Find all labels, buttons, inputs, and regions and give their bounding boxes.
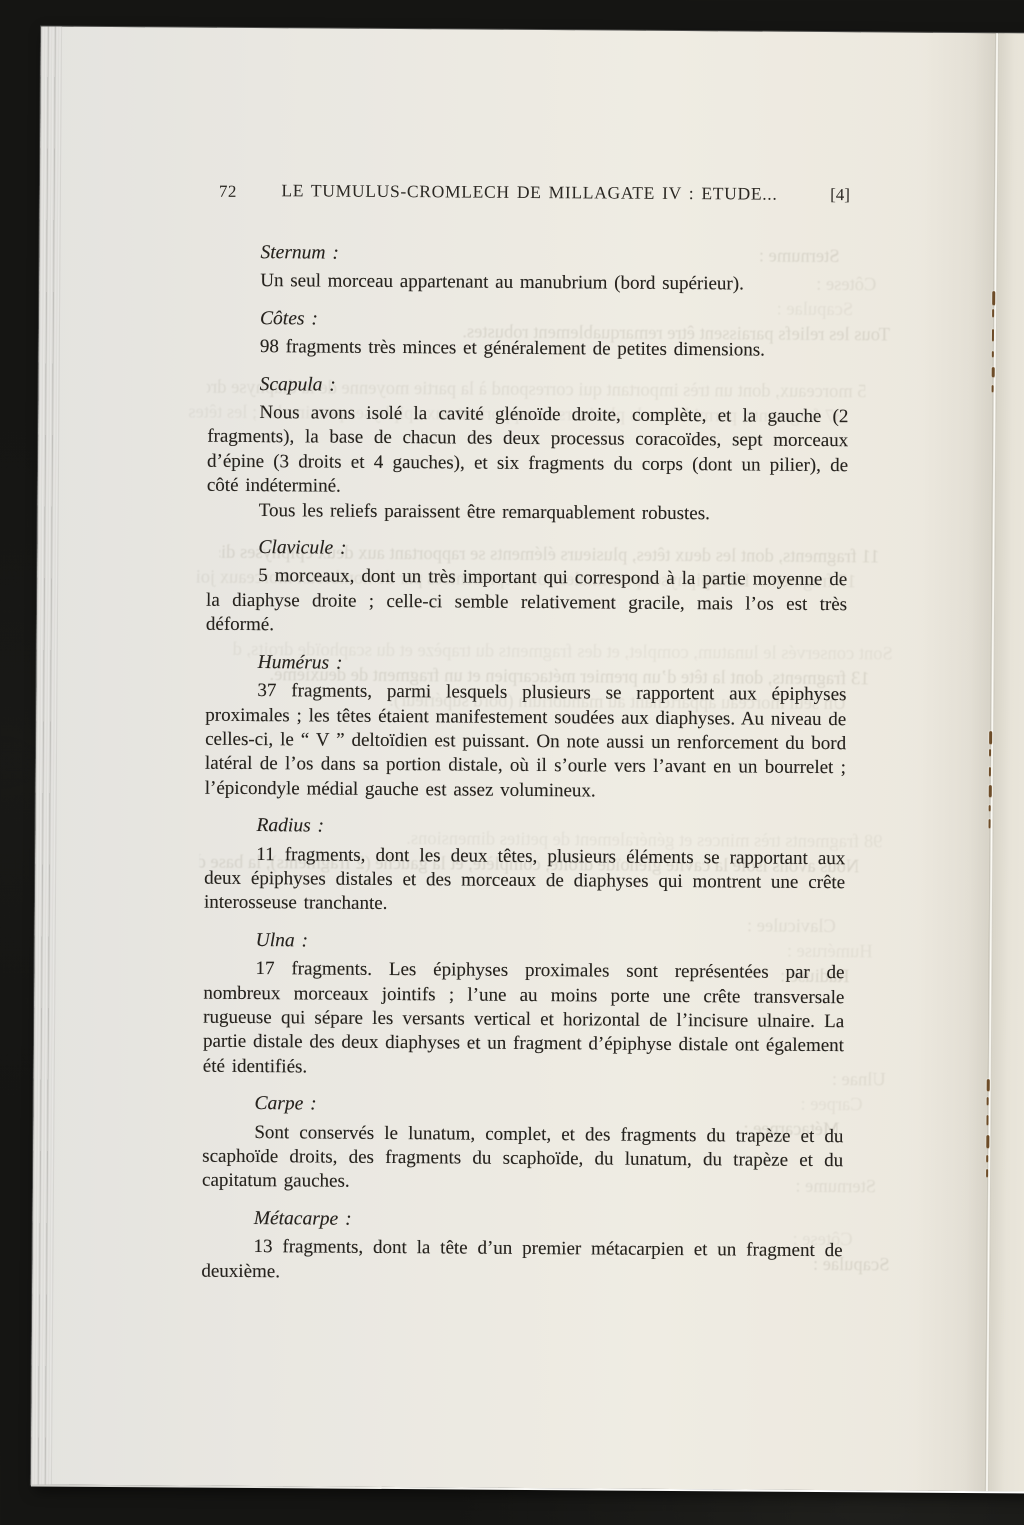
stitch-thread-mark <box>989 749 991 756</box>
stitch-thread-mark <box>989 805 991 811</box>
section-heading: Clavicule : <box>258 536 847 565</box>
section-paragraph: Sont conservés le lunatum, complet, et d… <box>202 1120 843 1198</box>
bone-section: Sternum : Un seul morceau appartenant au… <box>208 241 849 298</box>
section-paragraph: 17 fragments. Les épiphyses proximales s… <box>203 957 845 1084</box>
running-title: LE TUMULUS-CROMLECH DE MILLAGATE IV : ET… <box>209 180 850 205</box>
binding-stitches <box>41 27 1024 34</box>
stitch-thread-mark <box>992 367 995 377</box>
stitch-thread-mark <box>986 1115 988 1125</box>
stitch-thread-mark <box>986 1169 988 1177</box>
stitch-thread-mark <box>992 351 994 357</box>
stitch-thread-mark <box>986 1135 989 1148</box>
stitch-thread-mark <box>992 385 994 392</box>
section-heading: Sternum : <box>260 241 849 270</box>
bone-section: Clavicule : 5 morceaux, dont un très imp… <box>206 536 848 642</box>
stitch-thread-mark <box>989 731 992 744</box>
gutter-shadow <box>911 33 997 1491</box>
section-paragraph: 37 fragments, parmi lesquels plusieurs s… <box>205 679 847 806</box>
bone-section: Radius : 11 fragments, dont les deux têt… <box>204 814 846 920</box>
section-heading: Côtes : <box>260 307 849 336</box>
section-paragraph: 11 fragments, dont les deux têtes, plusi… <box>204 842 845 920</box>
section-heading: Humérus : <box>258 651 847 680</box>
section-paragraph: 98 fragments très minces et généralement… <box>208 335 849 364</box>
fascicle-number: [4] <box>830 185 850 205</box>
stitch-thread-mark <box>987 1097 989 1105</box>
page-body-text: Sternum : Un seul morceau appartenant au… <box>201 228 849 1288</box>
bone-section: Scapula : Nous avons isolé la cavité glé… <box>207 372 849 527</box>
bleedthrough-text-layer: Sternume :Côtese :Scapulae :Tous les rel… <box>41 27 1024 34</box>
bone-section: Ulna : 17 fragments. Les épiphyses proxi… <box>203 928 845 1083</box>
stitch-thread-mark <box>989 819 991 828</box>
section-paragraph: Un seul morceau appartenant au manubrium… <box>208 269 849 298</box>
page-edge-stack <box>31 27 62 1485</box>
stitch-thread-mark <box>989 785 992 797</box>
running-header: 72 LE TUMULUS-CROMLECH DE MILLAGATE IV :… <box>209 180 850 210</box>
section-heading: Carpe : <box>254 1092 843 1121</box>
bone-section: Carpe : Sont conservés le lunatum, compl… <box>202 1092 844 1198</box>
stitch-thread-mark <box>987 1079 990 1091</box>
section-paragraph: Nous avons isolé la cavité glénoïde droi… <box>207 401 849 503</box>
stitch-thread-mark <box>992 309 994 317</box>
stitch-thread-mark <box>989 767 991 776</box>
stitch-thread-mark <box>992 291 995 305</box>
section-paragraph: 13 fragments, dont la tête d’un premier … <box>201 1235 842 1288</box>
bone-section: Humérus : 37 fragments, parmi lesquels p… <box>205 650 847 805</box>
stitch-thread-mark <box>992 329 994 341</box>
section-heading: Radius : <box>256 814 845 843</box>
section-heading: Scapula : <box>260 373 849 402</box>
stitch-thread-mark <box>986 1155 988 1162</box>
section-heading: Métacarpe : <box>254 1207 843 1236</box>
section-paragraph: 5 morceaux, dont un très important qui c… <box>206 564 847 642</box>
book-page: Sternume :Côtese :Scapulae :Tous les rel… <box>31 27 1024 1492</box>
bone-section: Côtes : 98 fragments très minces et géné… <box>208 307 849 364</box>
section-heading: Ulna : <box>256 929 845 958</box>
bone-section: Métacarpe : 13 fragments, dont la tête d… <box>201 1206 843 1288</box>
section-paragraph: Tous les reliefs paraissent être remarqu… <box>207 498 848 527</box>
